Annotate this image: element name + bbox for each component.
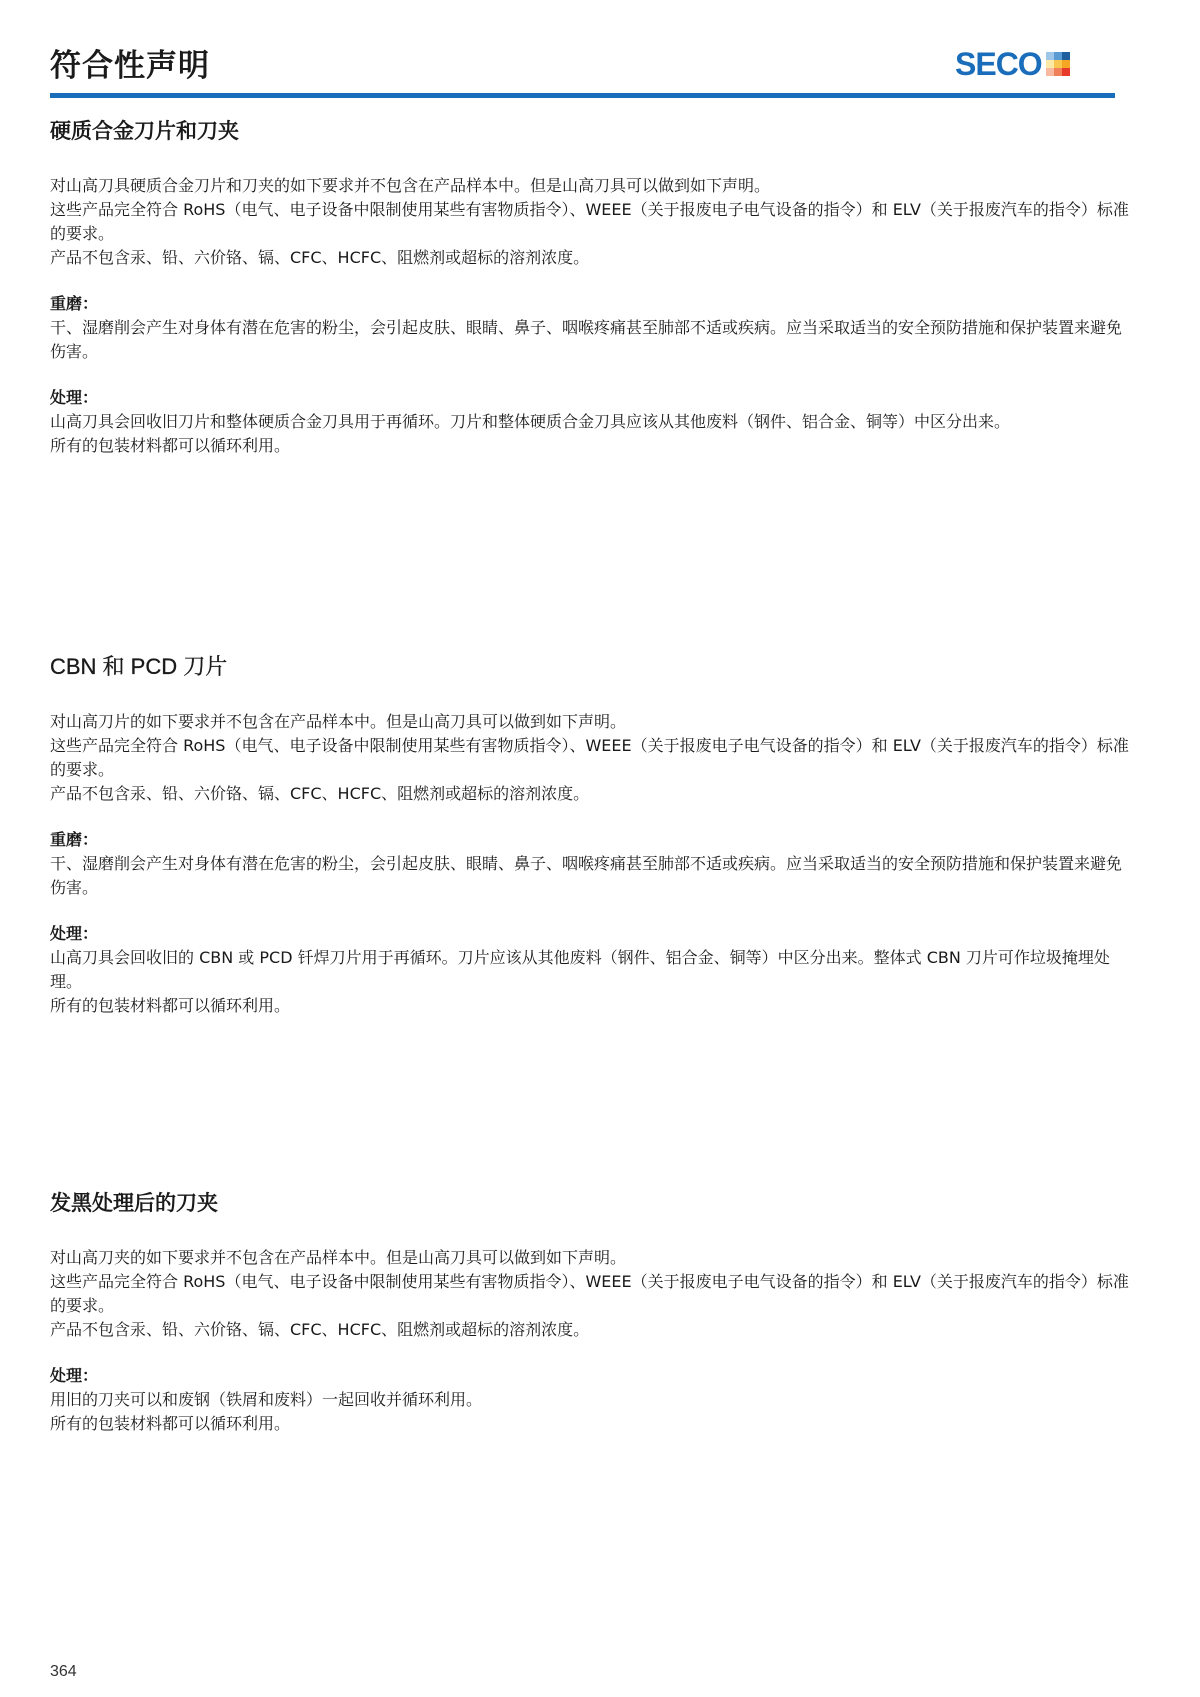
section-title: CBN 和 PCD 刀片 bbox=[50, 654, 1130, 680]
disposal-text: 山高刀具会回收旧刀片和整体硬质合金刀具用于再循环。刀片和整体硬质合金刀具应该从其… bbox=[50, 410, 1130, 434]
disposal-text: 所有的包装材料都可以循环利用。 bbox=[50, 434, 1130, 458]
page-number: 364 bbox=[50, 1663, 77, 1681]
intro-line: 产品不包含汞、铅、六价铬、镉、CFC、HCFC、阻燃剂或超标的溶剂浓度。 bbox=[50, 782, 1130, 806]
intro-line: 产品不包含汞、铅、六价铬、镉、CFC、HCFC、阻燃剂或超标的溶剂浓度。 bbox=[50, 246, 1130, 270]
disposal-label: 处理： bbox=[50, 1364, 1130, 1388]
intro-line: 这些产品完全符合 RoHS（电气、电子设备中限制使用某些有害物质指令）、WEEE… bbox=[50, 734, 1130, 782]
header-divider bbox=[50, 93, 1115, 98]
disposal-text: 用旧的刀夹可以和废钢（铁屑和废料）一起回收并循环利用。 bbox=[50, 1388, 1130, 1412]
disposal-label: 处理： bbox=[50, 386, 1130, 410]
page-title: 符合性声明 bbox=[50, 40, 210, 85]
logo-text: SECO bbox=[955, 48, 1042, 80]
regrinding-text: 干、湿磨削会产生对身体有潜在危害的粉尘，会引起皮肤、眼睛、鼻子、咽喉疼痛甚至肺部… bbox=[50, 316, 1130, 364]
intro-line: 对山高刀具硬质合金刀片和刀夹的如下要求并不包含在产品样本中。但是山高刀具可以做到… bbox=[50, 174, 1130, 198]
intro-line: 对山高刀片的如下要求并不包含在产品样本中。但是山高刀具可以做到如下声明。 bbox=[50, 710, 1130, 734]
section-carbide-inserts-holders: 硬质合金刀片和刀夹 对山高刀具硬质合金刀片和刀夹的如下要求并不包含在产品样本中。… bbox=[50, 118, 1130, 458]
section-cbn-pcd-inserts: CBN 和 PCD 刀片 对山高刀片的如下要求并不包含在产品样本中。但是山高刀具… bbox=[50, 654, 1130, 1018]
intro-line: 这些产品完全符合 RoHS（电气、电子设备中限制使用某些有害物质指令）、WEEE… bbox=[50, 198, 1130, 246]
section-blackened-holders: 发黑处理后的刀夹 对山高刀夹的如下要求并不包含在产品样本中。但是山高刀具可以做到… bbox=[50, 1190, 1130, 1436]
disposal-text: 所有的包装材料都可以循环利用。 bbox=[50, 1412, 1130, 1436]
regrinding-label: 重磨： bbox=[50, 828, 1130, 852]
disposal-text: 所有的包装材料都可以循环利用。 bbox=[50, 994, 1130, 1018]
regrinding-text: 干、湿磨削会产生对身体有潜在危害的粉尘，会引起皮肤、眼睛、鼻子、咽喉疼痛甚至肺部… bbox=[50, 852, 1130, 900]
seco-logo: SECO bbox=[955, 48, 1070, 80]
logo-color-grid-icon bbox=[1046, 52, 1070, 76]
disposal-label: 处理： bbox=[50, 922, 1130, 946]
intro-line: 这些产品完全符合 RoHS（电气、电子设备中限制使用某些有害物质指令）、WEEE… bbox=[50, 1270, 1130, 1318]
section-title: 硬质合金刀片和刀夹 bbox=[50, 118, 1130, 144]
disposal-text: 山高刀具会回收旧的 CBN 或 PCD 钎焊刀片用于再循环。刀片应该从其他废料（… bbox=[50, 946, 1130, 994]
regrinding-label: 重磨： bbox=[50, 292, 1130, 316]
intro-line: 对山高刀夹的如下要求并不包含在产品样本中。但是山高刀具可以做到如下声明。 bbox=[50, 1246, 1130, 1270]
intro-line: 产品不包含汞、铅、六价铬、镉、CFC、HCFC、阻燃剂或超标的溶剂浓度。 bbox=[50, 1318, 1130, 1342]
section-title: 发黑处理后的刀夹 bbox=[50, 1190, 1130, 1216]
